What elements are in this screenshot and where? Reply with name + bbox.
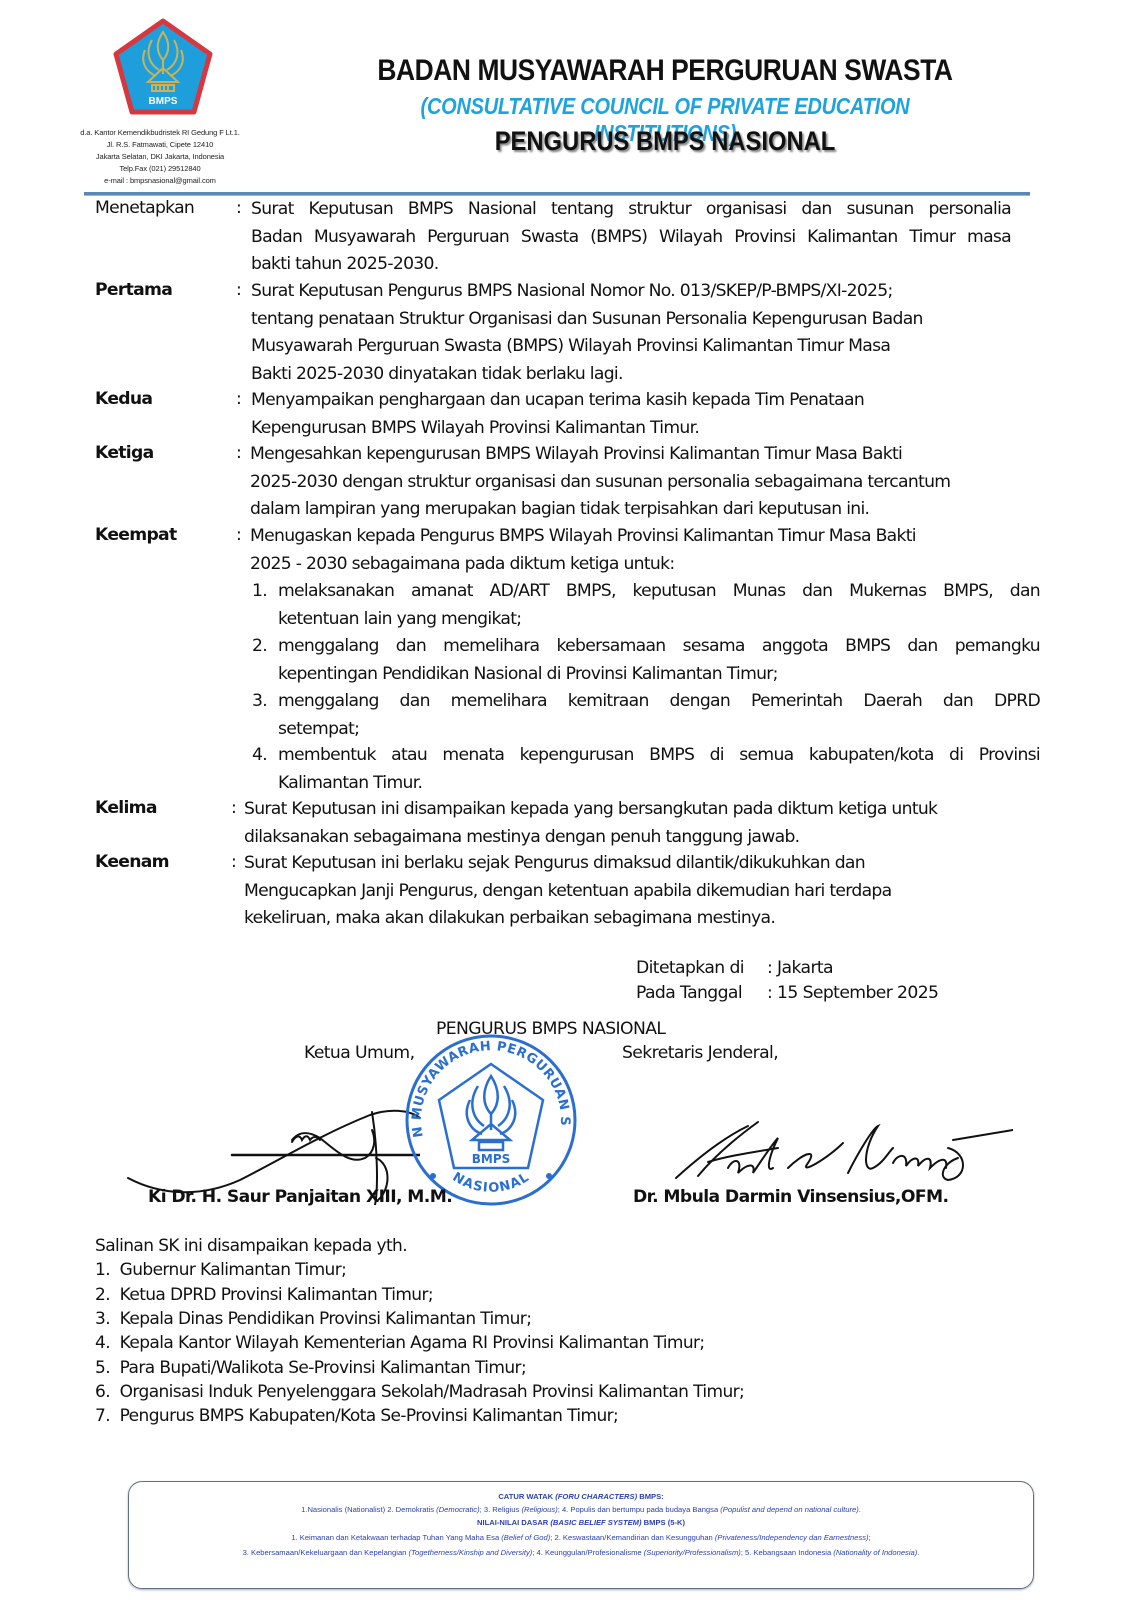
decree-content: Surat Keputusan ini berlaku sejak Pengur… (244, 850, 891, 933)
decree-content: Surat Keputusan Pengurus BMPS Nasional N… (251, 278, 923, 388)
official-stamp: BADAN MUSYAWARAH PERGURUAN SWASTA NASION… (400, 1030, 582, 1206)
distribution-item: 6. Organisasi Induk Penyelenggara Sekola… (95, 1382, 744, 1402)
decree-label: Menetapkan (95, 198, 194, 218)
footer-line-beliefs-1: 1. Keimanan dan Ketakwaan terhadap Tuhan… (129, 1533, 1033, 1542)
decree-content: Surat Keputusan BMPS Nasional tentang st… (251, 196, 1011, 279)
values-footer: CATUR WATAK (FORU CHARACTERS) BMPS: 1.Na… (128, 1481, 1034, 1589)
footer-line-characters: 1.Nasionalis (Nationalist) 2. Demokratis… (129, 1505, 1033, 1514)
decree-label: Kedua (95, 389, 152, 409)
decree-content: Mengesahkan kepengurusan BMPS Wilayah Pr… (250, 441, 950, 524)
right-signer-title: Sekretaris Jenderal, (622, 1043, 778, 1063)
left-signer-name: Ki Dr. H. Saur Panjaitan XIII, M.M. (148, 1187, 452, 1207)
decree-label: Keempat (95, 525, 176, 545)
distribution-item: 4. Kepala Kantor Wilayah Kementerian Aga… (95, 1333, 705, 1353)
colon: : (236, 525, 241, 545)
colon: : (236, 280, 241, 300)
decree-label: Keenam (95, 852, 169, 872)
bmps-logo: BMPS (112, 18, 214, 116)
decree-label: Kelima (95, 798, 157, 818)
letterhead-org: PENGURUS BMPS NASIONAL (344, 126, 986, 157)
address-line: Jakarta Selatan, DKI Jakarta, Indonesia (54, 151, 266, 163)
enactment-place-label: Ditetapkan di (636, 958, 744, 978)
distribution-item: 2. Ketua DPRD Provinsi Kalimantan Timur; (95, 1285, 433, 1305)
left-signer-title: Ketua Umum, (304, 1043, 414, 1063)
distribution-item: 5. Para Bupati/Walikota Se-Provinsi Kali… (95, 1358, 526, 1378)
footer-heading-beliefs: NILAI-NILAI DASAR (BASIC BELIEF SYSTEM) … (129, 1518, 1033, 1527)
stamp-center-text: BMPS (472, 1152, 511, 1166)
letterhead-title: BADAN MUSYAWARAH PERGURUAN SWASTA (344, 54, 986, 88)
address-line: Telp.Fax (021) 29512840 (54, 163, 266, 175)
footer-heading-characters: CATUR WATAK (FORU CHARACTERS) BMPS: (129, 1492, 1033, 1501)
decree-content: Menyampaikan penghargaan dan ucapan teri… (251, 387, 864, 442)
footer-line-beliefs-2: 3. Kebersamaan/Kekeluargaan dan Kepelang… (129, 1548, 1033, 1557)
decree-label: Pertama (95, 280, 172, 300)
enactment-place-value: : Jakarta (767, 958, 833, 978)
decree-content: Menugaskan kepada Pengurus BMPS Wilayah … (250, 523, 916, 578)
colon: : (236, 198, 241, 218)
colon: : (236, 389, 241, 409)
address-line: Jl. R.S. Fatmawati, Cipete 12410 (54, 139, 266, 151)
right-signature (668, 1118, 1013, 1188)
right-signer-name: Dr. Mbula Darmin Vinsensius,OFM. (633, 1187, 948, 1207)
address-line: e-mail : bmpsnasional@gmail.com (54, 175, 266, 187)
address-line: d.a. Kantor Kemendikbudristek RI Gedung … (54, 127, 266, 139)
decree-label: Ketiga (95, 443, 153, 463)
svg-text:NASIONAL: NASIONAL (450, 1170, 533, 1196)
colon: : (231, 852, 236, 872)
distribution-item: 3. Kepala Dinas Pendidikan Provinsi Kali… (95, 1309, 531, 1329)
address-block: d.a. Kantor Kemendikbudristek RI Gedung … (54, 127, 266, 187)
colon: : (236, 443, 241, 463)
enactment-date-label: Pada Tanggal (636, 983, 742, 1003)
distribution-item: 1. Gubernur Kalimantan Timur; (95, 1260, 346, 1280)
svg-text:BMPS: BMPS (149, 96, 178, 107)
stamp-bottom-text: NASIONAL (450, 1170, 533, 1196)
distribution-intro: Salinan SK ini disampaikan kepada yth. (95, 1236, 407, 1256)
colon: : (231, 798, 236, 818)
decree-content: Surat Keputusan ini disampaikan kepada y… (244, 796, 937, 851)
enactment-date-value: : 15 September 2025 (767, 983, 938, 1003)
distribution-item: 7. Pengurus BMPS Kabupaten/Kota Se-Provi… (95, 1406, 618, 1426)
